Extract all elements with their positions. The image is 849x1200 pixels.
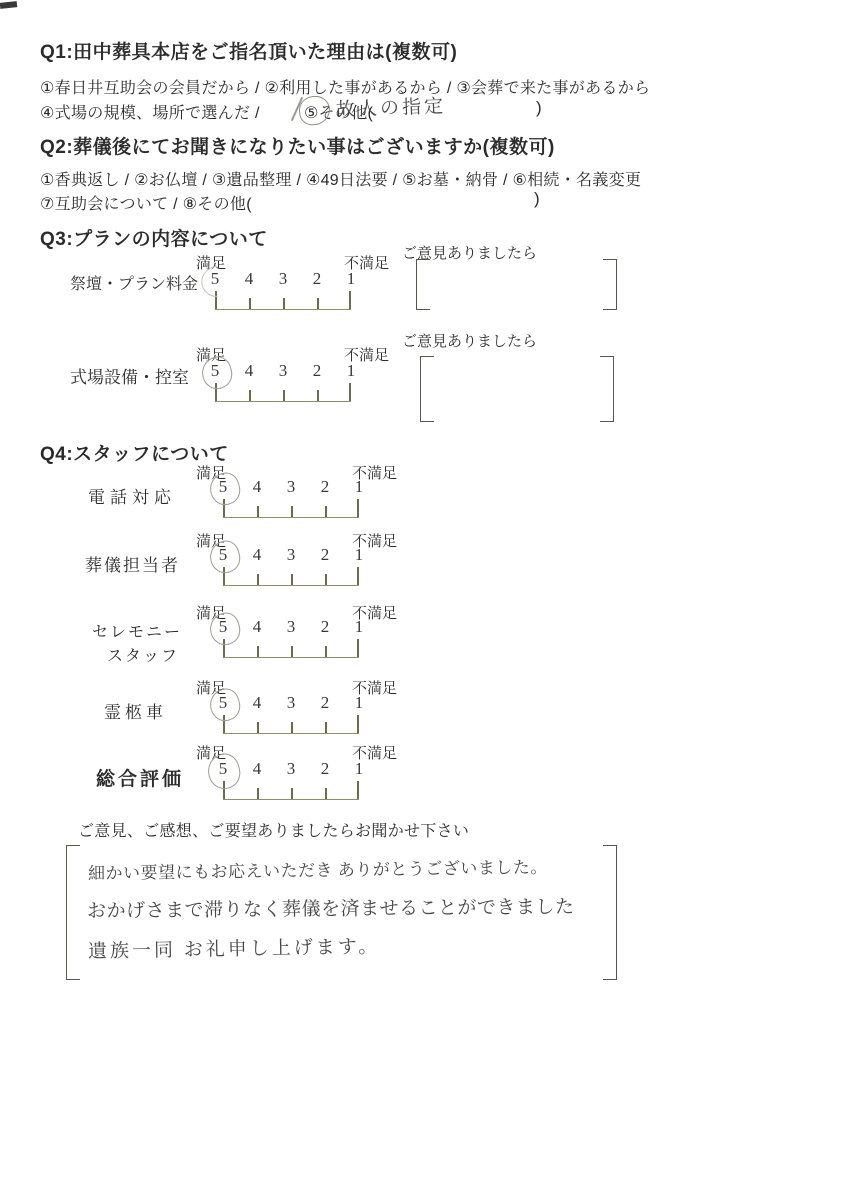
rating-scale: 54321 — [206, 477, 376, 518]
scale-value: 2 — [308, 477, 342, 498]
rating-row-label: 電話対応 — [88, 483, 176, 508]
comment-area-label: ご意見ありましたら — [402, 330, 537, 351]
scale-value: 1 — [334, 361, 368, 382]
scale-value: 2 — [308, 617, 342, 638]
scale-value: 4 — [240, 477, 274, 498]
scale-value: 3 — [266, 269, 300, 290]
scale-value: 1 — [342, 693, 376, 714]
scale-value: 4 — [240, 693, 274, 714]
scale-value: 2 — [308, 545, 342, 566]
rating-scale: 54321 — [198, 269, 368, 310]
scale-value: 1 — [334, 269, 368, 290]
scale-value: 3 — [274, 545, 308, 566]
scan-artifact — [0, 1, 17, 9]
q2-heading: Q2:葬儀後にてお聞きになりたい事はございますか(複数可) — [40, 132, 555, 159]
rating-scale: 54321 — [206, 545, 376, 586]
scale-value: 3 — [274, 693, 308, 714]
q1-heading: Q1:田中葬具本店をご指名頂いた理由は(複数可) — [40, 37, 457, 64]
scanned-survey-page: Q1:田中葬具本店をご指名頂いた理由は(複数可) ①春日井互助会の会員だから /… — [0, 0, 849, 1200]
scale-value: 3 — [274, 759, 308, 780]
scale-value: 1 — [342, 617, 376, 638]
free-comment-label: ご意見、ご感想、ご要望ありましたらお聞かせ下さい — [78, 818, 469, 841]
scale-axis — [223, 566, 359, 586]
scale-value: 1 — [342, 477, 376, 498]
scale-value: 2 — [300, 361, 334, 382]
handwritten-comment-line3: 遺族一同 お礼申し上げます。 — [88, 931, 381, 963]
rating-scale: 54321 — [206, 617, 376, 658]
comment-write-in-area — [416, 259, 617, 310]
scale-value: 1 — [342, 759, 376, 780]
scale-value: 4 — [240, 759, 274, 780]
comment-write-in-area — [420, 356, 614, 422]
scale-value: 4 — [240, 545, 274, 566]
rating-scale: 54321 — [206, 759, 376, 800]
rating-row-label: 式場設備・控室 — [70, 363, 189, 388]
q1-close-paren: ) — [536, 98, 542, 118]
scale-axis — [215, 382, 351, 402]
q2-options-line2: ⑦互助会について / ⑧その他( — [40, 191, 252, 214]
scale-axis — [215, 290, 351, 310]
scale-value: 3 — [274, 617, 308, 638]
scale-value: 3 — [274, 477, 308, 498]
scale-axis — [223, 498, 359, 518]
scale-value: 4 — [232, 361, 266, 382]
scale-value: 2 — [308, 693, 342, 714]
handwritten-comment-line2: おかげさまで滞りなく葬儀を済ませることができました — [87, 892, 575, 923]
rating-row-label: 総合評価 — [96, 764, 184, 791]
scale-value: 2 — [308, 759, 342, 780]
rating-scale: 54321 — [198, 361, 368, 402]
scale-value: 3 — [266, 361, 300, 382]
scale-axis — [223, 714, 359, 734]
rating-row-label: 霊柩車 — [104, 698, 167, 723]
q1-handwritten-answer: 故人の指定 — [336, 91, 447, 122]
q2-close-paren: ) — [534, 189, 540, 209]
q1-option4-text: ④式場の規模、場所で選んだ / — [40, 100, 260, 123]
rating-row-label: 葬儀担当者 — [85, 551, 180, 576]
rating-row-label-line2: スタッフ — [107, 643, 179, 666]
rating-row-label: セレモニー — [92, 619, 182, 642]
rating-row-label: 祭壇・プラン料金 — [70, 271, 198, 294]
scale-axis — [223, 780, 359, 800]
q3-heading: Q3:プランの内容について — [40, 224, 268, 251]
scale-axis — [223, 638, 359, 658]
scale-value: 2 — [300, 269, 334, 290]
scale-value: 1 — [342, 545, 376, 566]
scale-value: 4 — [240, 617, 274, 638]
rating-scale: 54321 — [206, 693, 376, 734]
scale-value: 4 — [232, 269, 266, 290]
q2-options-line1: ①香典返し / ②お仏壇 / ③遺品整理 / ④49日法要 / ⑤お墓・納骨 /… — [40, 167, 641, 190]
